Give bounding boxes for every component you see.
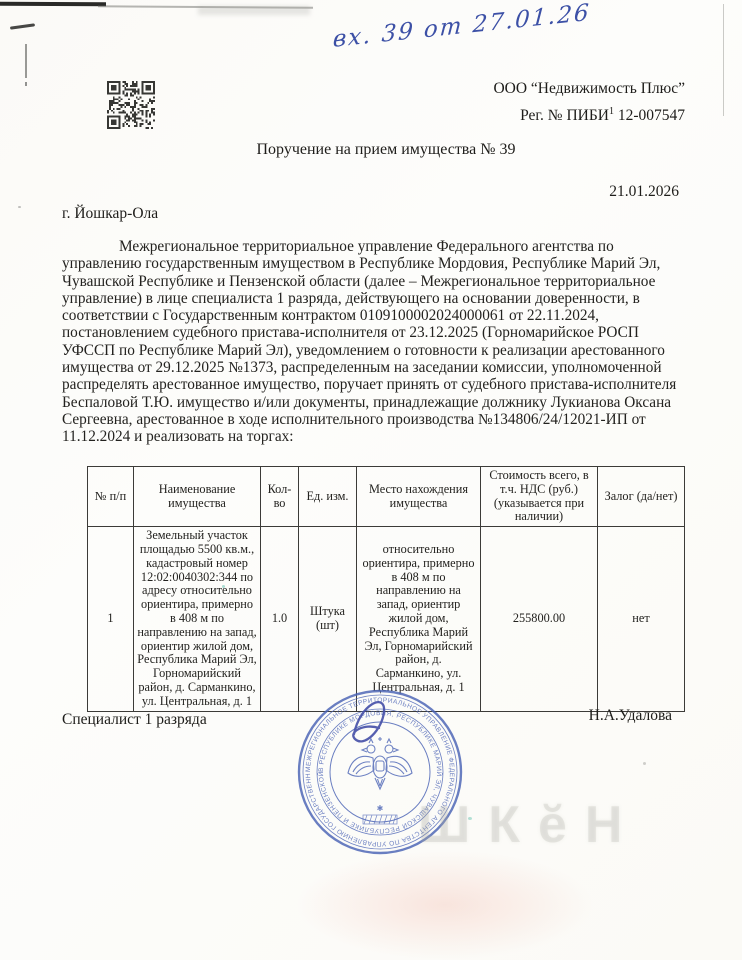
- reg-number: 12-007547: [614, 107, 685, 124]
- scanned-document-page: вх. 39 от 27.01.26 ООО “Недвижимость Плю…: [0, 0, 742, 960]
- signature-role: Специалист 1 разряда: [62, 711, 207, 729]
- watermark: ШКĕН: [418, 795, 640, 855]
- scan-artifact-smudge: [198, 6, 310, 15]
- document-city: г. Йошкар-Ола: [62, 205, 158, 223]
- column-header-num: № п/п: [88, 467, 134, 527]
- unit-cell: Штука (шт): [299, 527, 357, 711]
- organization-name: ООО “Недвижимость Плюс”: [493, 80, 685, 98]
- signatory-name: Н.А.Удалова: [589, 707, 672, 725]
- stamp-number-box: [363, 815, 397, 824]
- scan-artifact-top-line: [0, 2, 106, 7]
- scan-speck: [643, 762, 646, 765]
- column-header-cost: Стоимость всего, в т.ч. НДС (руб.) (указ…: [481, 467, 598, 527]
- scan-speck: [18, 206, 21, 208]
- column-header-pledge: Залог (да/нет): [598, 467, 685, 527]
- document-title: Поручение на прием имущества № 39: [0, 141, 742, 159]
- pledge-cell: нет: [598, 527, 685, 711]
- scan-artifact-pink-blush: [295, 850, 595, 960]
- double-headed-eagle-icon: [348, 737, 412, 789]
- cost-cell: 255800.00: [481, 527, 598, 711]
- property-name-cell: Земельный участок площадью 5500 кв.м., к…: [134, 527, 261, 711]
- registration-number-line: Рег. № ПИБИ1 12-007547: [520, 106, 685, 125]
- column-header-location: Место нахождения имущества: [357, 467, 481, 527]
- scan-artifact-right-edge: [723, 4, 724, 116]
- row-number-cell: 1: [88, 527, 134, 711]
- table-row: 1 Земельный участок площадью 5500 кв.м.,…: [88, 527, 685, 711]
- scan-artifact-top-line-faint: [98, 5, 313, 9]
- scan-artifact-dot: [25, 82, 27, 86]
- handwritten-entry-note: вх. 39 от 27.01.26: [332, 0, 692, 53]
- quantity-cell: 1.0: [261, 527, 299, 711]
- location-cell: относительно ориентира, примерно в 408 м…: [357, 527, 481, 711]
- column-header-name: Наименование имущества: [134, 467, 261, 527]
- column-header-unit: Ед. изм.: [299, 467, 357, 527]
- document-date: 21.01.2026: [609, 183, 679, 201]
- qr-code: [107, 81, 155, 129]
- table-header-row: № п/п Наименование имущества Кол-во Ед. …: [88, 467, 685, 527]
- body-paragraph: Межрегиональное территориальное управлен…: [62, 238, 694, 446]
- stamp-star: ✱: [377, 804, 384, 813]
- column-header-qty: Кол-во: [261, 467, 299, 527]
- property-table: № п/п Наименование имущества Кол-во Ед. …: [87, 466, 685, 712]
- reg-prefix: Рег. № ПИБИ: [520, 107, 609, 124]
- scan-artifact-dash: [10, 23, 35, 29]
- scan-artifact-vertical-line: [25, 44, 27, 78]
